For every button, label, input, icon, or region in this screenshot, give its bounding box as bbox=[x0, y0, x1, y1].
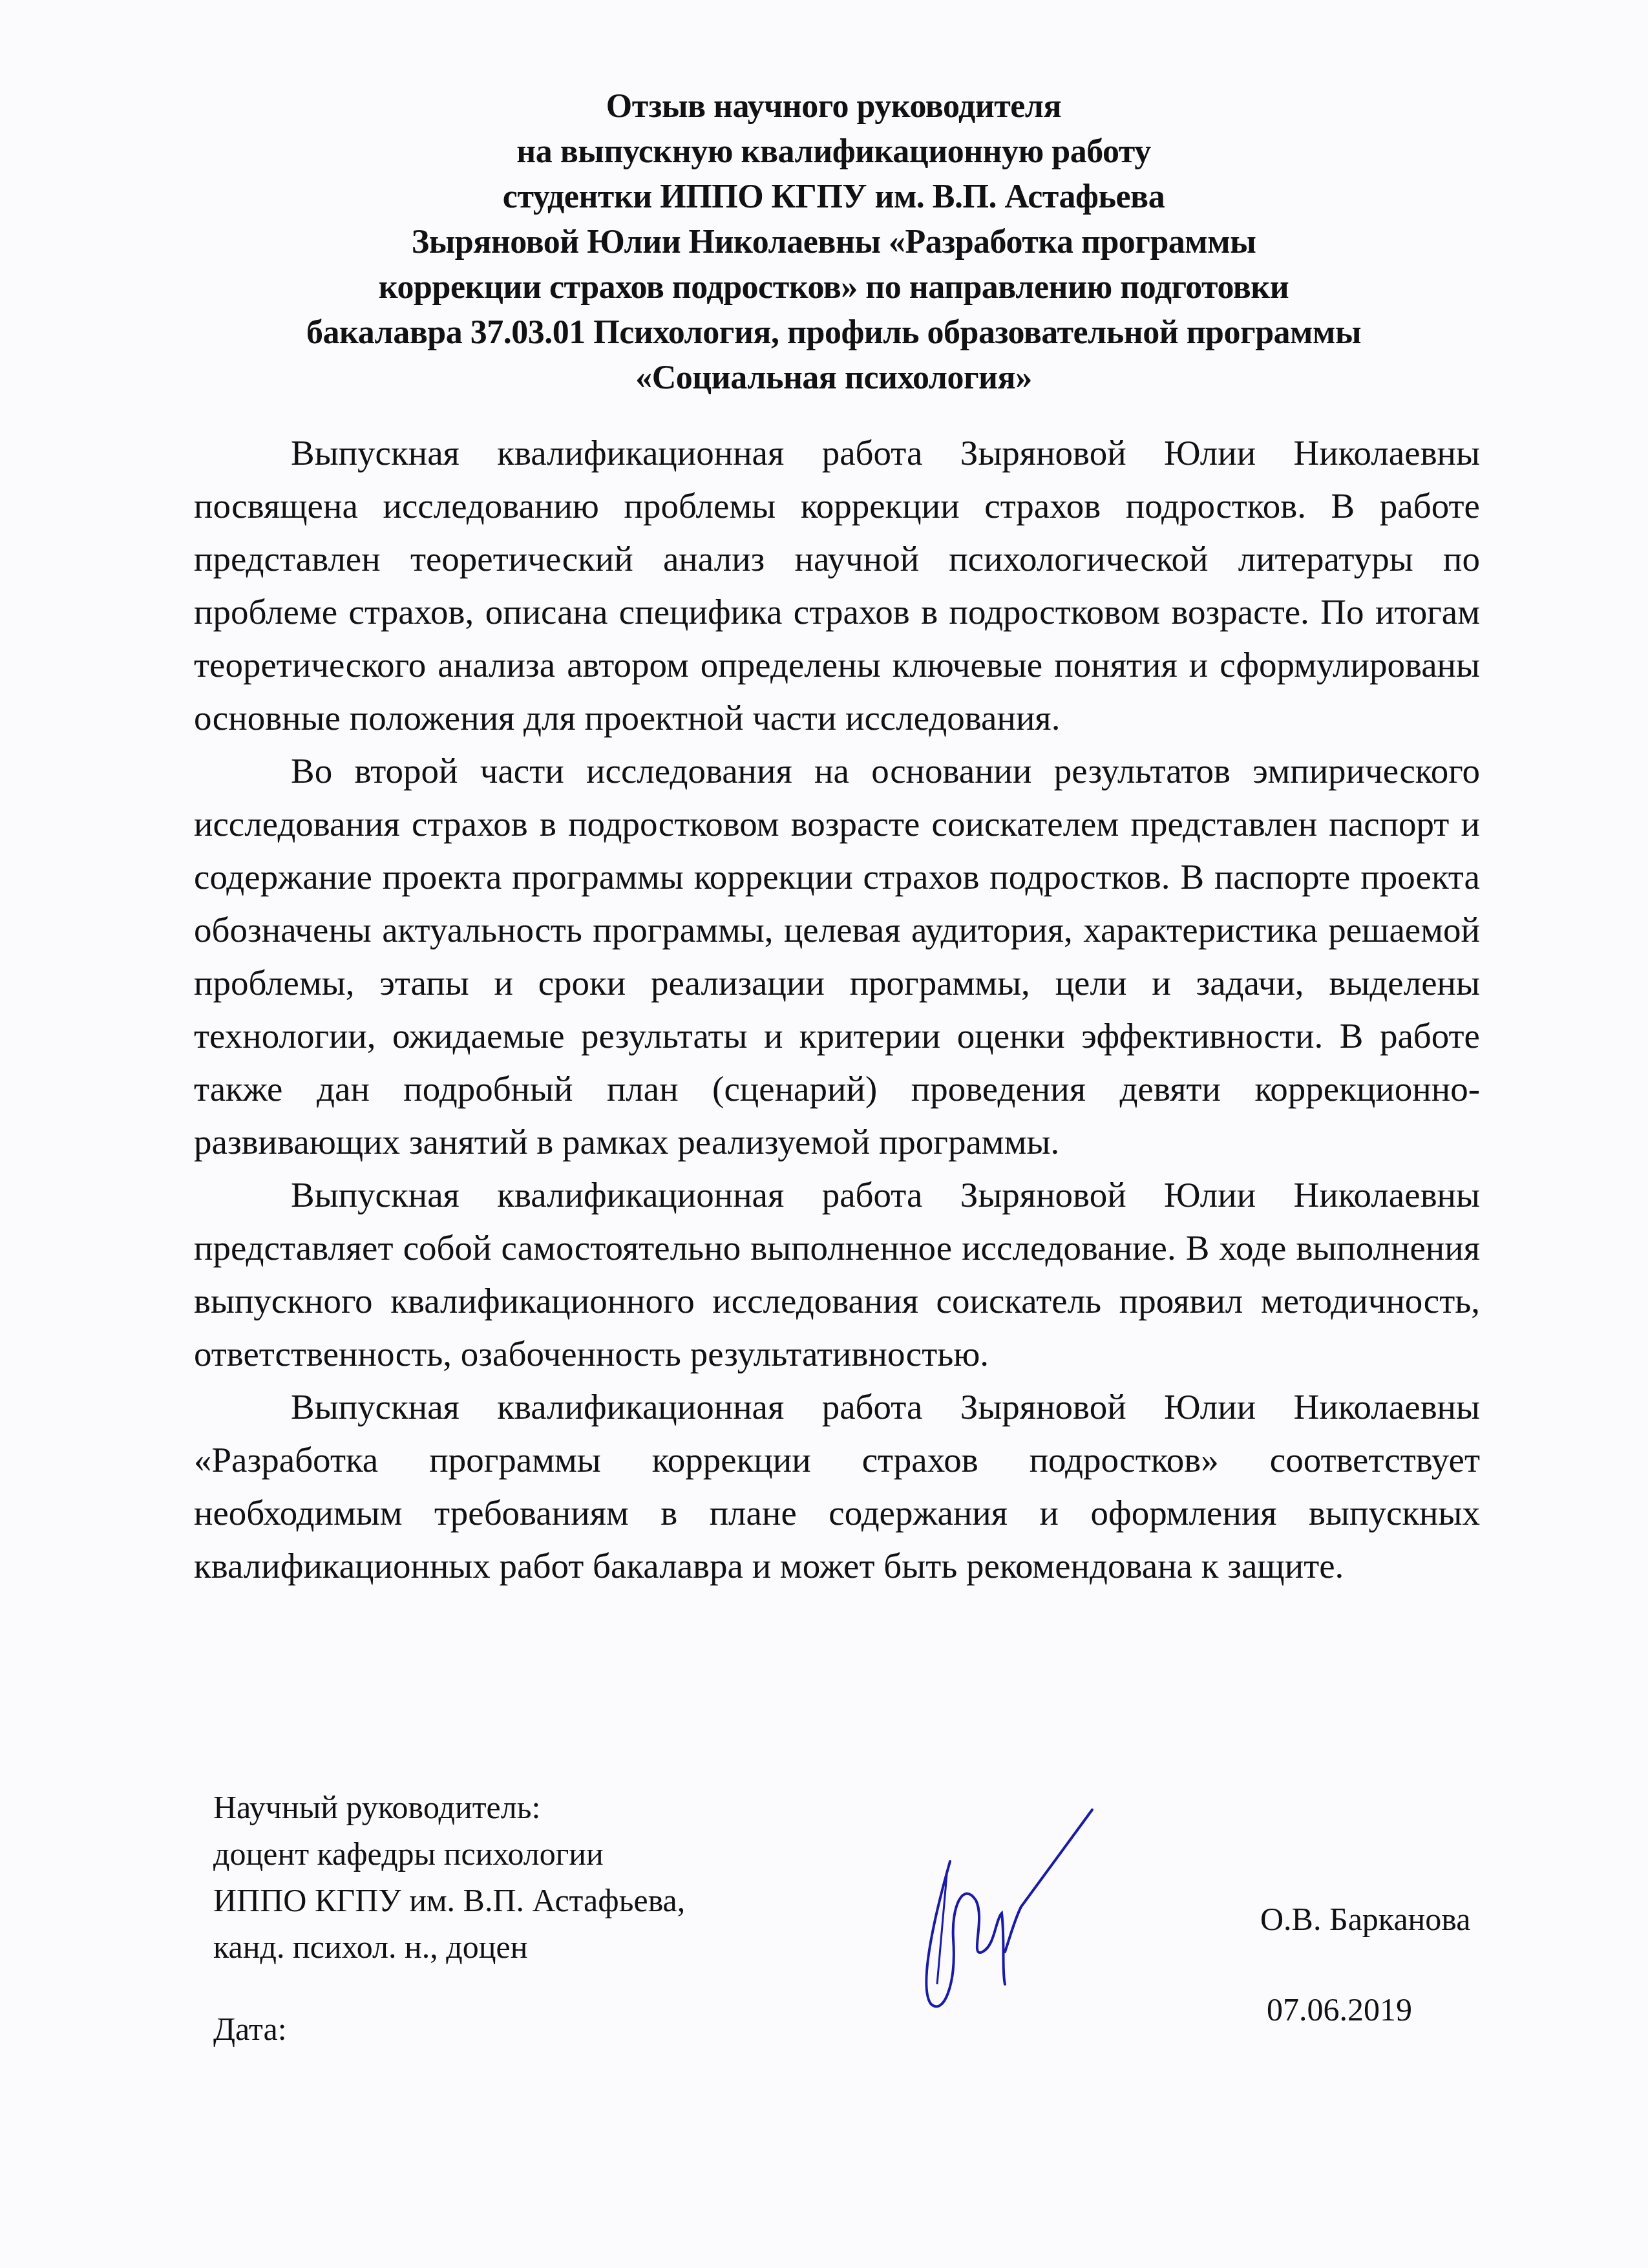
credential-line: ИППО КГПУ им. В.П. Астафьева, bbox=[213, 1877, 685, 1924]
title-line: на выпускную квалификационную работу bbox=[194, 129, 1474, 175]
date-label: Дата: bbox=[213, 2010, 287, 2048]
title-line: «Социальная психология» bbox=[194, 355, 1474, 401]
title-line: коррекции страхов подростков» по направл… bbox=[194, 265, 1474, 310]
title-line: студентки ИППО КГПУ им. В.П. Астафьева bbox=[194, 175, 1474, 220]
credential-line: канд. психол. н., доцен bbox=[213, 1924, 685, 1970]
paragraph: Во второй части исследования на основани… bbox=[194, 745, 1480, 1169]
paragraph: Выпускная квалификационная работа Зыряно… bbox=[194, 1381, 1480, 1593]
handwritten-signature-icon bbox=[892, 1790, 1137, 2036]
document-page: Отзыв научного руководителя на выпускную… bbox=[0, 0, 1648, 2268]
signature-date: 07.06.2019 bbox=[1267, 1991, 1412, 2028]
title-line: Зыряновой Юлии Николаевны «Разработка пр… bbox=[194, 220, 1474, 265]
document-title: Отзыв научного руководителя на выпускную… bbox=[194, 84, 1474, 401]
supervisor-credentials: Научный руководитель: доцент кафедры пси… bbox=[213, 1784, 685, 1970]
credential-line: Научный руководитель: bbox=[213, 1784, 685, 1830]
title-line: Отзыв научного руководителя bbox=[194, 84, 1474, 129]
supervisor-name: О.В. Барканова bbox=[1260, 1900, 1471, 1938]
title-line: бакалавра 37.03.01 Психология, профиль о… bbox=[194, 310, 1474, 355]
credential-line: доцент кафедры психологии bbox=[213, 1830, 685, 1877]
review-body: Выпускная квалификационная работа Зыряно… bbox=[194, 427, 1480, 1593]
paragraph: Выпускная квалификационная работа Зыряно… bbox=[194, 427, 1480, 745]
paragraph: Выпускная квалификационная работа Зыряно… bbox=[194, 1169, 1480, 1381]
